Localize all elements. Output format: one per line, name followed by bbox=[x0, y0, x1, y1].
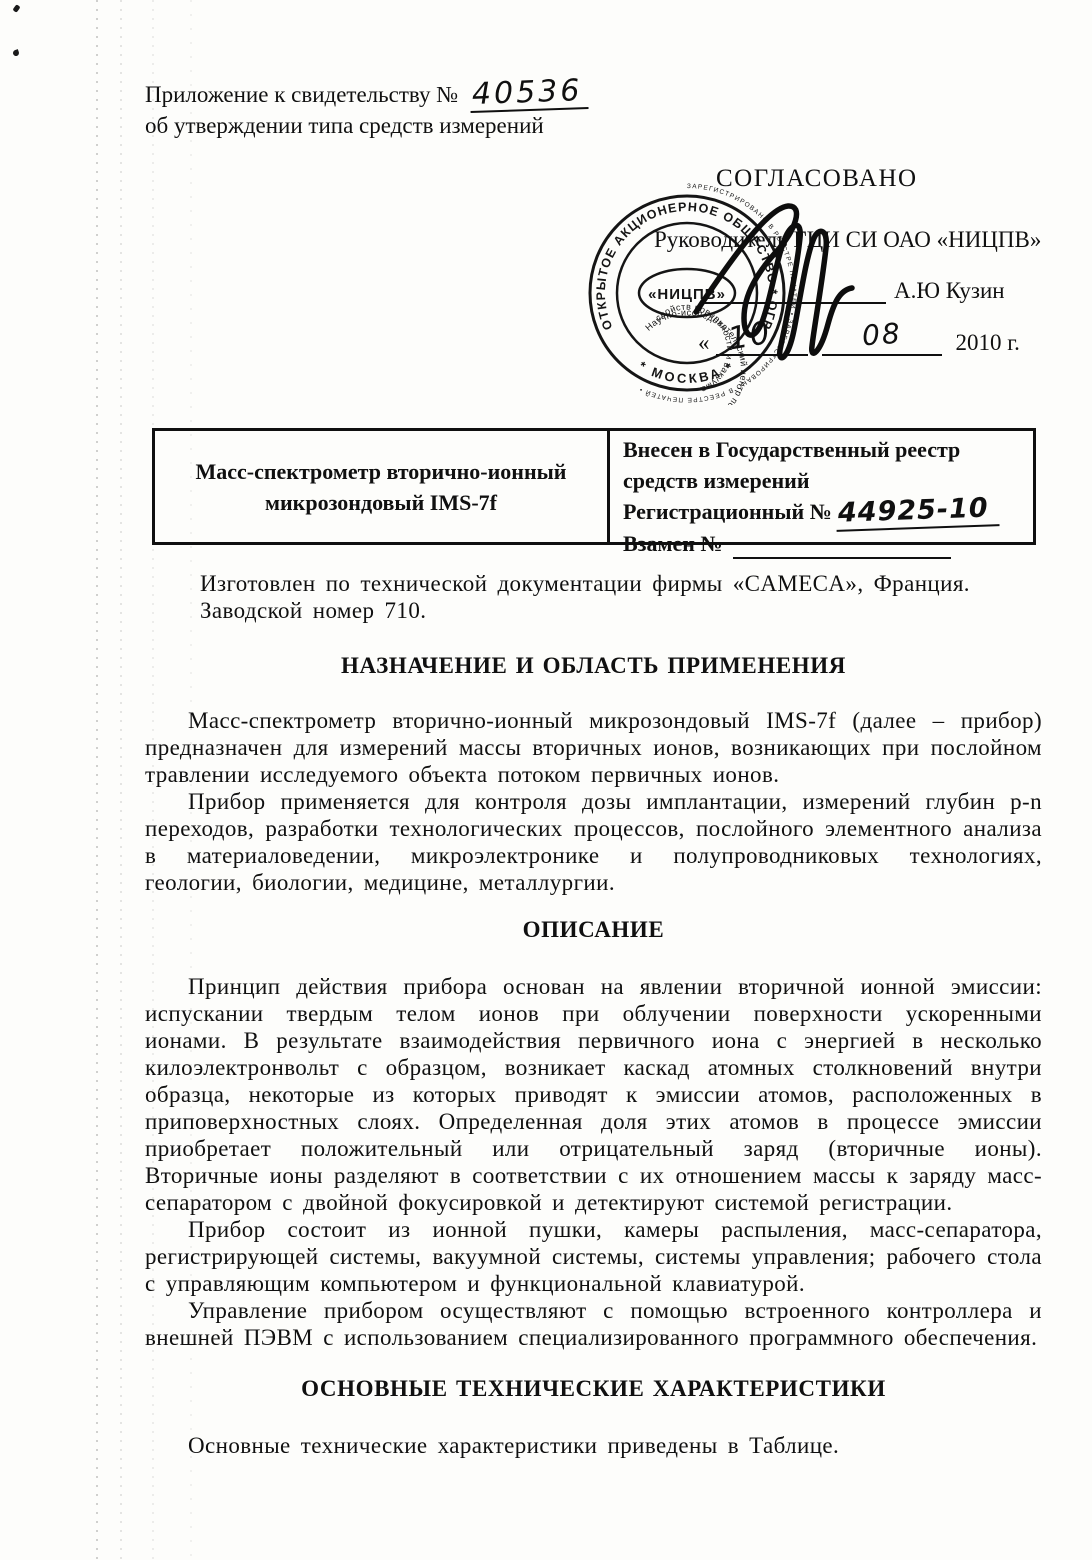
scan-noise-line bbox=[96, 0, 98, 1560]
description-paragraph-2: Прибор состоит из ионной пушки, камеры р… bbox=[145, 1216, 1042, 1297]
replaces-label: Взамен № bbox=[623, 529, 723, 560]
approver-signature bbox=[688, 192, 858, 370]
description-paragraph-3: Управление прибором осуществляют с помощ… bbox=[145, 1297, 1042, 1351]
scan-speck bbox=[12, 4, 20, 13]
section-heading-purpose: НАЗНАЧЕНИЕ И ОБЛАСТЬ ПРИМЕНЕНИЯ bbox=[145, 652, 1042, 679]
date-month-handwritten: 08 bbox=[860, 317, 902, 353]
manufacture-note: Изготовлен по технической документации ф… bbox=[145, 570, 1042, 624]
instrument-name-cell: Масс-спектрометр вторично-ионный микрозо… bbox=[155, 431, 610, 542]
specs-paragraph-1: Основные технические характеристики прив… bbox=[145, 1432, 1042, 1459]
certificate-number-handwritten: 40536 bbox=[470, 76, 590, 113]
certificate-appendix-note: Приложение к свидетельству № 40536 об ут… bbox=[145, 78, 589, 141]
registry-cell: Внесен в Государственный реестр средств … bbox=[610, 431, 1033, 542]
agreed-heading: СОГЛАСОВАНО bbox=[716, 165, 918, 193]
date-year: 2010 г. bbox=[956, 330, 1020, 356]
scanned-certificate-page: Приложение к свидетельству № 40536 об ут… bbox=[0, 0, 1092, 1560]
purpose-paragraph-1: Масс-спектрометр вторично-ионный микрозо… bbox=[145, 707, 1042, 788]
description-paragraph-1: Принцип действия прибора основан на явле… bbox=[145, 973, 1042, 1216]
registration-number-handwritten: 44925-10 bbox=[835, 493, 999, 531]
registration-table: Масс-спектрометр вторично-ионный микрозо… bbox=[152, 428, 1036, 545]
manufacture-line-2: Заводской номер 710. bbox=[145, 597, 1042, 624]
section-heading-description: ОПИСАНИЕ bbox=[145, 916, 1042, 943]
manufacture-line-1: Изготовлен по технической документации ф… bbox=[145, 570, 1042, 597]
purpose-paragraph-2: Прибор применяется для контроля дозы имп… bbox=[145, 788, 1042, 896]
registration-number-label: Регистрационный № bbox=[623, 497, 832, 528]
appendix-label-line2: об утверждении типа средств измерений bbox=[145, 111, 589, 141]
scan-speck bbox=[12, 49, 20, 57]
replaces-blank-line bbox=[733, 535, 951, 559]
section-heading-specs: ОСНОВНЫЕ ТЕХНИЧЕСКИЕ ХАРАКТЕРИСТИКИ bbox=[145, 1375, 1042, 1402]
document-body: Изготовлен по технической документации ф… bbox=[145, 570, 1042, 1459]
approver-name: А.Ю Кузин bbox=[894, 278, 1005, 304]
registry-statement: Внесен в Государственный реестр средств … bbox=[623, 435, 1027, 496]
appendix-label: Приложение к свидетельству № bbox=[145, 80, 458, 110]
scan-noise-line bbox=[120, 0, 122, 1560]
